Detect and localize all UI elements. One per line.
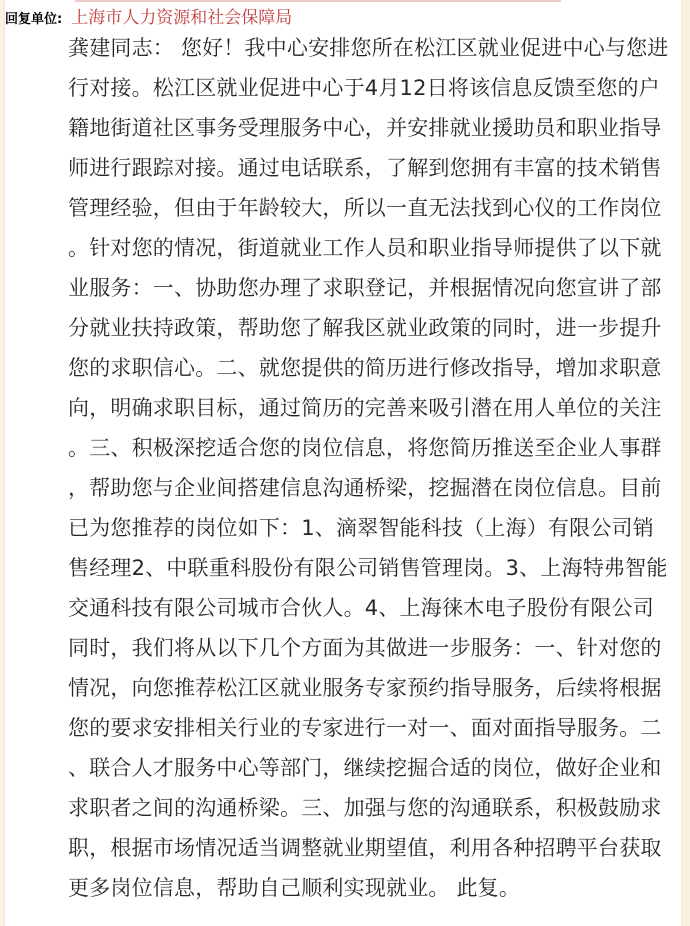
letter-line: 。针对您的情况，街道就业工作人员和职业指导师提供了以下就 [68, 228, 680, 268]
letter-line: 业服务：一、协助您办理了求职登记，并根据情况向您宣讲了部 [68, 268, 680, 308]
reply-document-page: 回复单位: 上海市人力资源和社会保障局 龚建同志： 您好！我中心安排您所在松江区… [0, 0, 690, 926]
letter-line: 更多岗位信息，帮助自己顺利实现就业。 此复。 [68, 868, 680, 908]
letter-line: 已为您推荐的岗位如下：1、滴翠智能科技（上海）有限公司销 [68, 508, 680, 548]
letter-line: 您的要求安排相关行业的专家进行一对一、面对面指导服务。二 [68, 708, 680, 748]
letter-line: 向，明确求职目标，通过简历的完善来吸引潜在用人单位的关注 [68, 388, 680, 428]
letter-line: 龚建同志： 您好！我中心安排您所在松江区就业促进中心与您进 [68, 28, 680, 68]
letter-line: 籍地街道社区事务受理服务中心，并安排就业援助员和职业指导 [68, 108, 680, 148]
letter-line: 求职者之间的沟通桥梁。三、加强与您的沟通联系，积极鼓励求 [68, 788, 680, 828]
letter-body: 龚建同志： 您好！我中心安排您所在松江区就业促进中心与您进行对接。松江区就业促进… [68, 28, 680, 908]
letter-line: ，帮助您与企业间搭建信息沟通桥梁，挖掘潜在岗位信息。目前 [68, 468, 680, 508]
page-right-border [681, 0, 690, 926]
reply-header: 回复单位: 上海市人力资源和社会保障局 [5, 3, 292, 28]
letter-line: 师进行跟踪对接。通过电话联系，了解到您拥有丰富的技术销售 [68, 148, 680, 188]
letter-line: 您的求职信心。二、就您提供的简历进行修改指导，增加求职意 [68, 348, 680, 388]
letter-line: 职，根据市场情况适当调整就业期望值，利用各种招聘平台获取 [68, 828, 680, 868]
letter-line: 交通科技有限公司城市合伙人。4、上海徕木电子股份有限公司 [68, 588, 680, 628]
letter-line: 同时，我们将从以下几个方面为其做进一步服务：一、针对您的 [68, 628, 680, 668]
cutoff-text-ghost [75, 0, 561, 2]
page-left-border [0, 0, 5, 926]
letter-line: 售经理2、中联重科股份有限公司销售管理岗。3、上海特弗智能 [68, 548, 680, 588]
letter-line: 情况，向您推荐松江区就业服务专家预约指导服务，后续将根据 [68, 668, 680, 708]
letter-line: 行对接。松江区就业促进中心于4月12日将该信息反馈至您的户 [68, 68, 680, 108]
letter-line: 分就业扶持政策，帮助您了解我区就业政策的同时，进一步提升 [68, 308, 680, 348]
letter-line: 。三、积极深挖适合您的岗位信息，将您简历推送至企业人事群 [68, 428, 680, 468]
letter-line: 管理经验，但由于年龄较大，所以一直无法找到心仪的工作岗位 [68, 188, 680, 228]
letter-line: 、联合人才服务中心等部门，继续挖掘合适的岗位，做好企业和 [68, 748, 680, 788]
reply-unit-label: 回复单位: [5, 8, 62, 27]
reply-unit-name[interactable]: 上海市人力资源和社会保障局 [71, 3, 292, 28]
